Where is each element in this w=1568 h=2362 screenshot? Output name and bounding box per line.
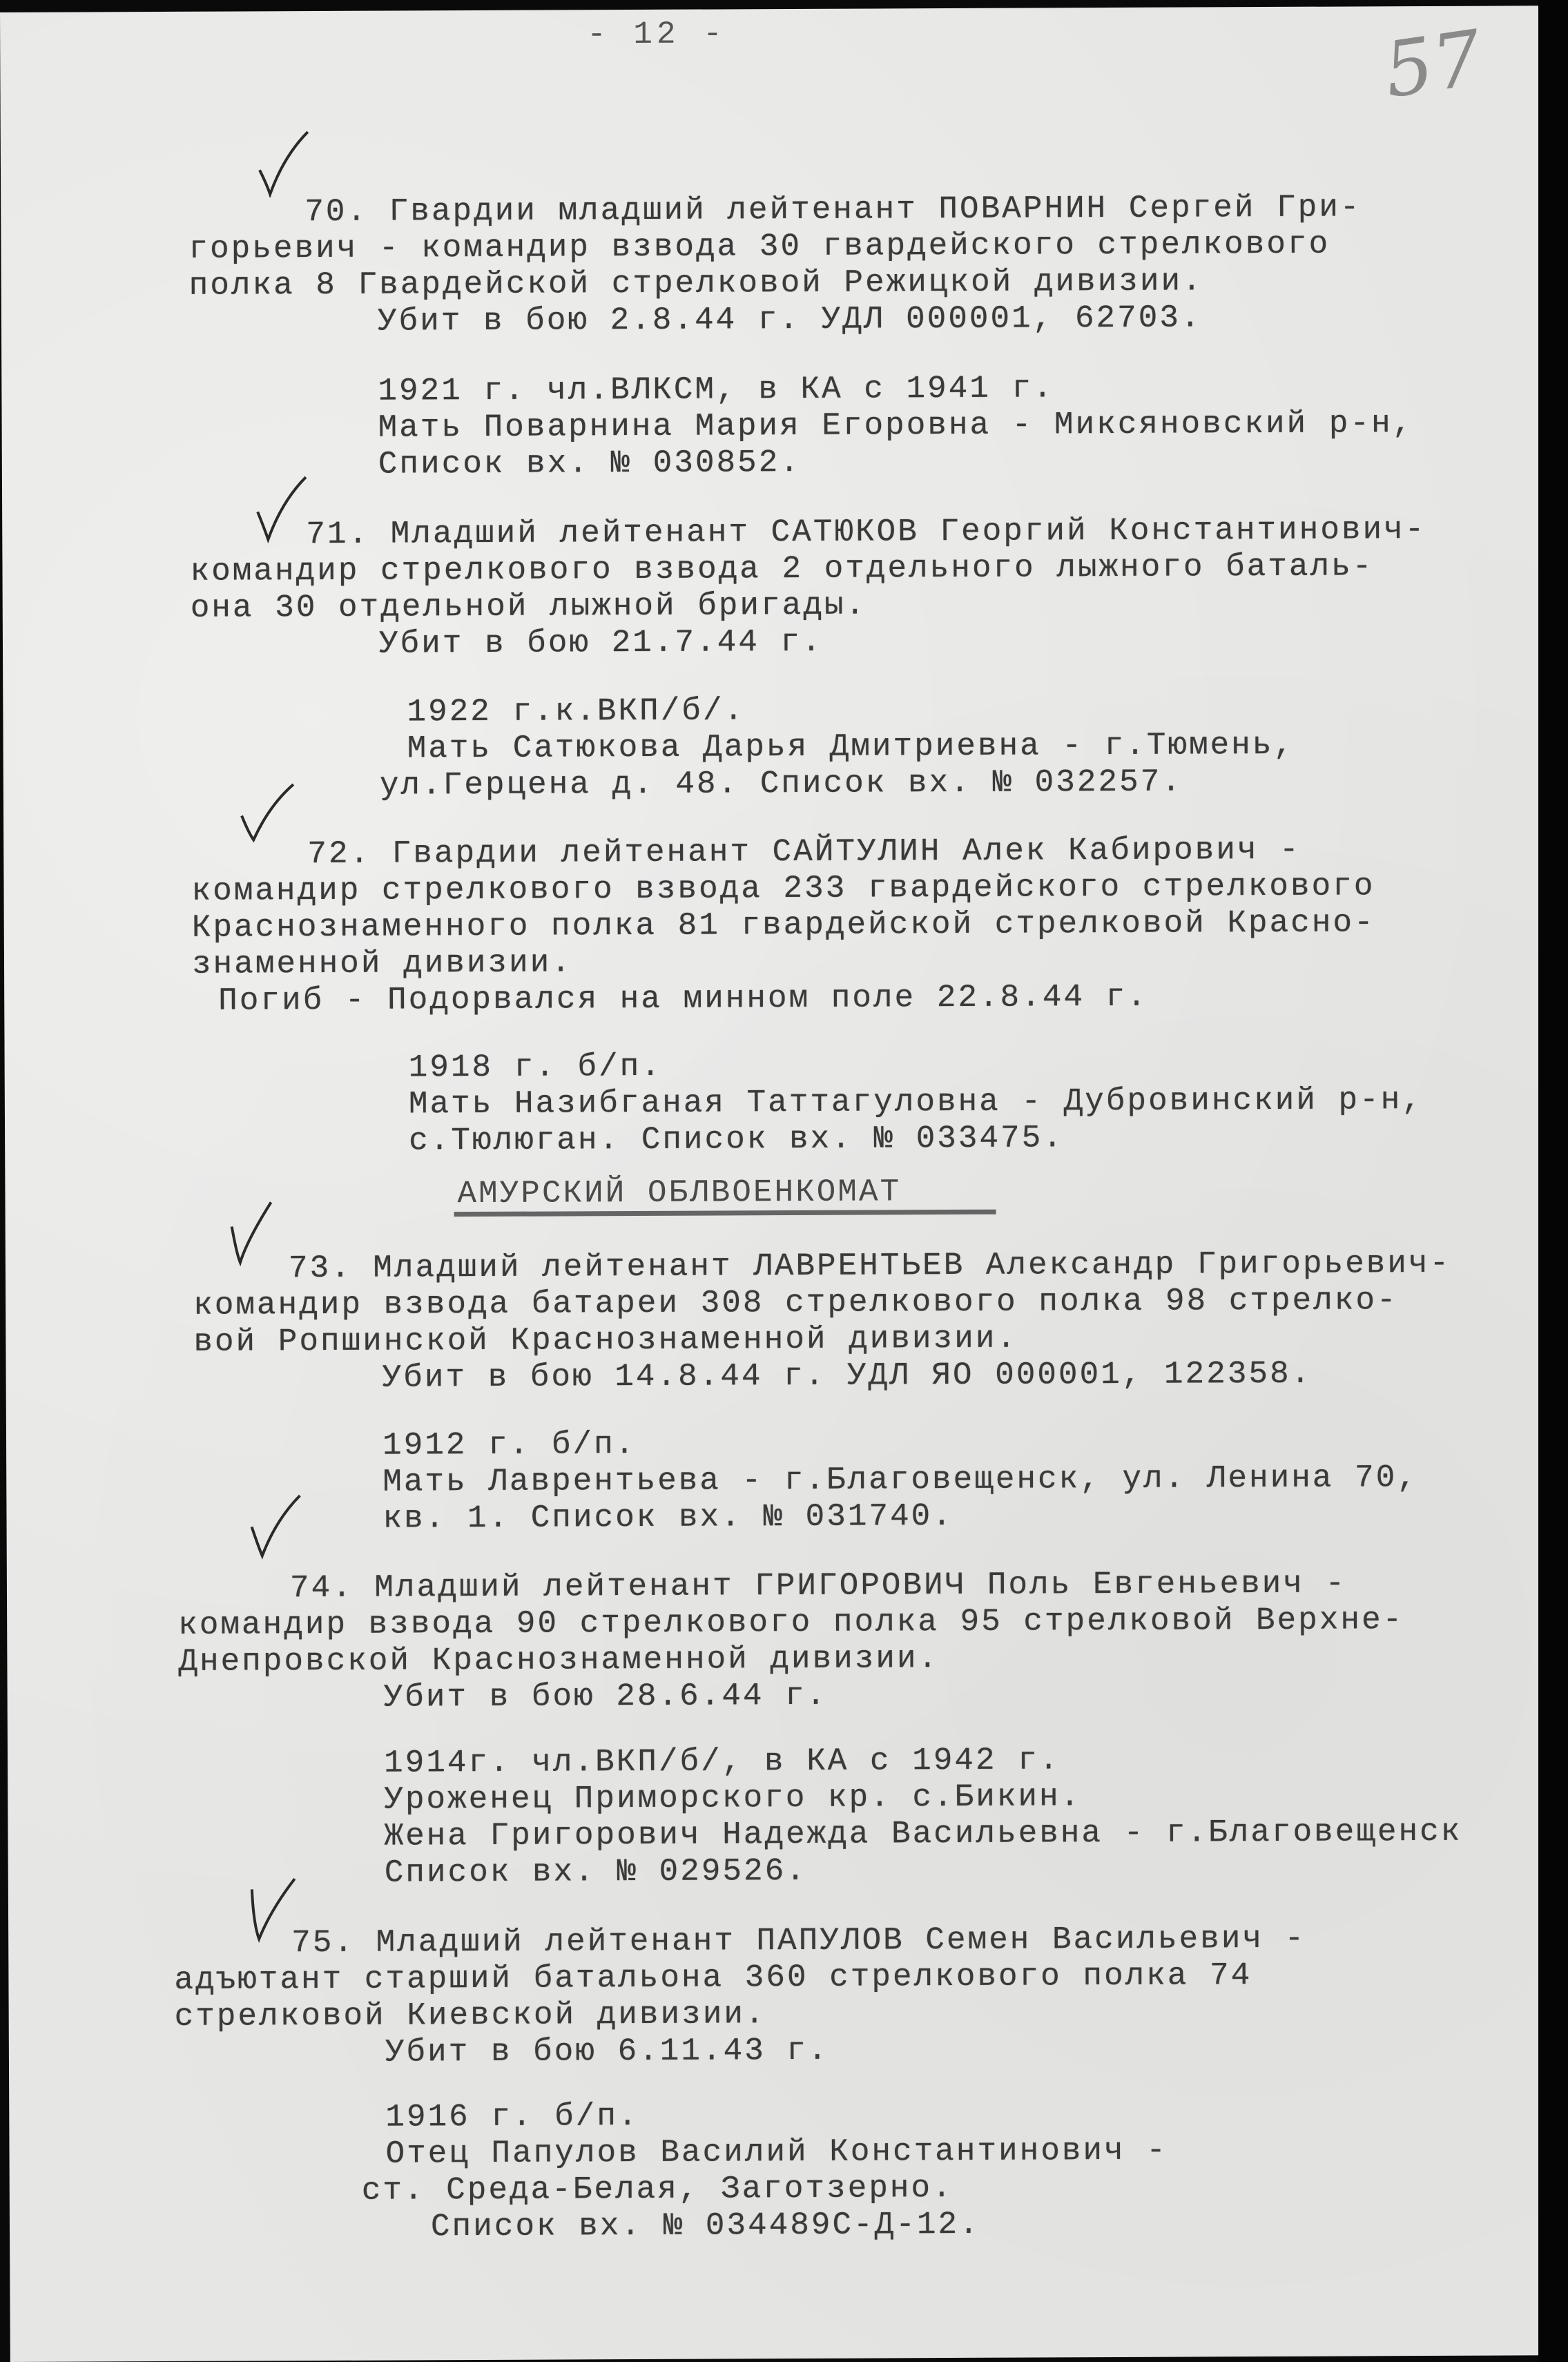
- entry-line: полка 8 Гвардейской стрелковой Режицкой …: [189, 263, 1203, 303]
- entry-71: 71. Младший лейтенант САТЮКОВ Георгий Ко…: [0, 6, 1538, 12]
- entry-73: 73. Младший лейтенант ЛАВРЕНТЬЕВ Алексан…: [0, 6, 1538, 12]
- detail-line: 1922 г.к.ВКП/б/.: [407, 693, 745, 730]
- detail-line: Мать Сатюкова Дарья Дмитриевна - г.Тюмен…: [407, 727, 1295, 767]
- entry-72: 72. Гвардии лейтенант САЙТУЛИН Алек Каби…: [0, 6, 1538, 12]
- entry-line: Погиб - Подорвался на минном поле 22.8.4…: [218, 979, 1148, 1019]
- document-page: - 12 - 57 70. Гвардии младший лейтенант …: [0, 6, 1549, 2362]
- detail-line: Уроженец Приморского кр. с.Бикин.: [384, 1779, 1081, 1817]
- entry-line: знаменной дивизии.: [192, 945, 572, 982]
- detail-line: 1918 г. б/п.: [409, 1049, 662, 1086]
- detail-line: 1914г. чл.ВКП/б/, в КА с 1942 г.: [384, 1742, 1061, 1781]
- entry-line: командир взвода батареи 308 стрелкового …: [193, 1282, 1398, 1324]
- scan-border: [1538, 0, 1568, 2362]
- entry-75: 75. Младший лейтенант ПАПУЛОВ Семен Васи…: [0, 6, 1538, 12]
- entry-70: 70. Гвардии младший лейтенант ПОВАРНИН С…: [0, 6, 1538, 12]
- entry-line: она 30 отдельной лыжной бригады.: [191, 588, 867, 626]
- checkmark-icon: [256, 128, 318, 197]
- entry-line: Убит в бою 2.8.44 г. УДЛ 000001, 62703.: [378, 300, 1202, 339]
- entry-line: Краснознаменного полка 81 гвардейской ст…: [192, 904, 1375, 945]
- detail-line: 1916 г. б/п.: [385, 2098, 639, 2136]
- detail-line: 1921 г. чл.ВЛКСМ, в КА с 1941 г.: [378, 370, 1054, 409]
- page-number: - 12 -: [587, 16, 726, 52]
- detail-line: ст. Среда-Белая, Заготзерно.: [362, 2170, 954, 2209]
- checkmark-icon: [226, 1199, 289, 1268]
- entry-line: Днепровской Краснознаменной дивизии.: [178, 1640, 939, 1680]
- detail-line: Список вх. № 029526.: [385, 1853, 807, 1891]
- entry-line: 75. Младший лейтенант ПАПУЛОВ Семен Васи…: [291, 1921, 1306, 1961]
- detail-line: Отец Папулов Василий Константинович -: [385, 2133, 1168, 2172]
- detail-line: Мать Назибганая Таттагуловна - Дубровинс…: [409, 1082, 1423, 1122]
- detail-line: ул.Герцена д. 48. Список вх. № 032257.: [380, 764, 1183, 804]
- handwritten-folio-number: 57: [1379, 14, 1487, 115]
- checkmark-icon: [238, 777, 300, 846]
- entry-line: стрелковой Киевской дивизии.: [175, 1996, 766, 2035]
- detail-line: 1912 г. б/п.: [383, 1426, 636, 1464]
- entry-line: командир взвода 90 стрелкового полка 95 …: [178, 1602, 1404, 1643]
- entry-line: командир стрелкового взвода 233 гвардейс…: [191, 868, 1375, 909]
- entry-line: 73. Младший лейтенант ЛАВРЕНТЬЕВ Алексан…: [289, 1246, 1451, 1286]
- detail-line: Жена Григорович Надежда Васильевна - г.Б…: [384, 1814, 1462, 1855]
- entry-line: Убит в бою 28.6.44 г.: [384, 1678, 828, 1716]
- entry-line: 71. Младший лейтенант САТЮКОВ Георгий Ко…: [306, 512, 1426, 552]
- entry-line: Убит в бою 14.8.44 г. УДЛ ЯО 000001, 122…: [383, 1356, 1313, 1396]
- detail-line: Список вх. № 034489С-Д-12.: [431, 2207, 980, 2245]
- entry-line: командир стрелкового взвода 2 отдельного…: [190, 548, 1373, 589]
- detail-line: кв. 1. Список вх. № 031740.: [383, 1498, 954, 1537]
- entry-line: горьевич - командир взвода 30 гвардейско…: [188, 226, 1330, 267]
- entry-line: 74. Младший лейтенант ГРИГОРОВИЧ Поль Ев…: [290, 1566, 1346, 1607]
- entry-74: 74. Младший лейтенант ГРИГОРОВИЧ Поль Ев…: [0, 6, 1538, 12]
- entry-line: вой Ропшинской Краснознаменной дивизии.: [193, 1321, 1018, 1360]
- checkmark-icon: [248, 1492, 310, 1561]
- detail-line: Мать Лаврентьева - г.Благовещенск, ул. Л…: [383, 1460, 1418, 1500]
- detail-line: Мать Поварнина Мария Егоровна - Миксянов…: [378, 405, 1414, 446]
- section-heading: АМУРСКИЙ ОБЛВОЕНКОМАТ: [457, 1174, 901, 1212]
- entry-line: Убит в бою 21.7.44 г.: [379, 624, 823, 662]
- entry-line: 70. Гвардии младший лейтенант ПОВАРНИН С…: [304, 189, 1361, 230]
- entry-line: адъютант старший батальона 360 стрелково…: [174, 1957, 1252, 1998]
- entry-line: 72. Гвардии лейтенант САЙТУЛИН Алек Каби…: [307, 832, 1301, 872]
- detail-line: с.Тюлюган. Список вх. № 033475.: [409, 1120, 1064, 1159]
- entry-line: Убит в бою 6.11.43 г.: [385, 2033, 829, 2071]
- detail-line: Список вх. № 030852.: [378, 445, 801, 483]
